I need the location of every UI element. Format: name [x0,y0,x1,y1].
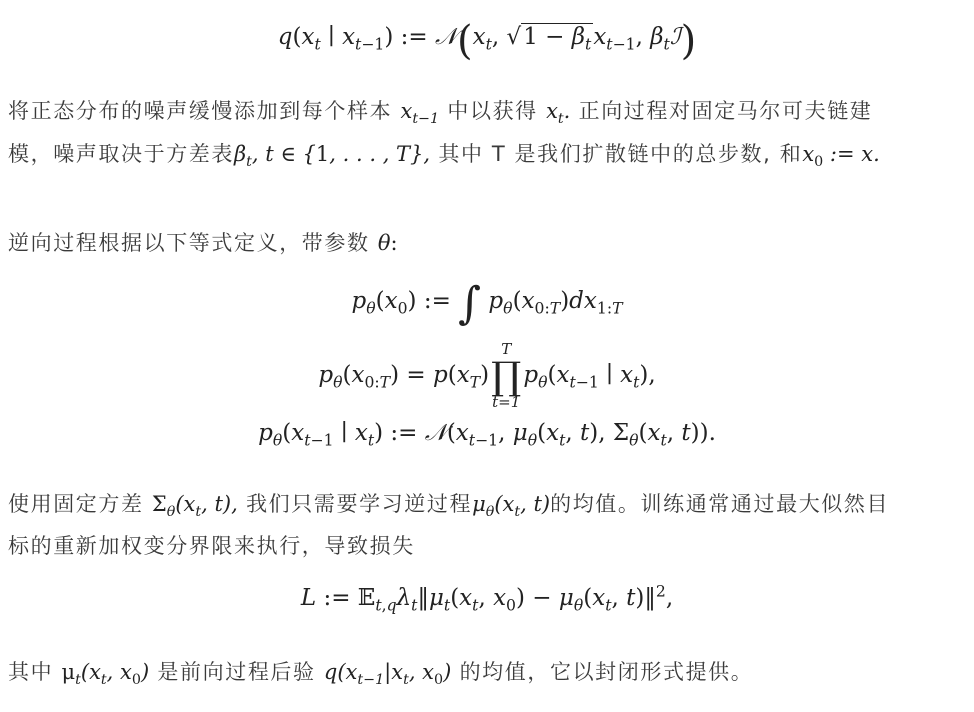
text: 模，噪声取决于方差表 [8,142,234,166]
text: 的均值，它以封闭形式提供。 [460,660,754,684]
math-inline: x0 := x. [802,142,879,166]
paragraph-1-line-1: 将正态分布的噪声缓慢添加到每个样本 xt−1 中以获得 xt. 正向过程对固定马… [8,96,872,126]
text: 标的重新加权变分界限来执行，导致损失 [8,534,415,558]
equation-marginal: pθ(x0) := ∫ pθ(x0:T)dx1:T [0,278,974,329]
paragraph-3-line-2: 标的重新加权变分界限来执行，导致损失 [8,531,415,561]
text: 中以获得 [447,99,537,123]
equation-forward-process: q(xt ∣ xt−1) := 𝒩(xt, √1 − βtxt−1, βtℐ) [0,18,974,64]
math-inline: μt(xt, x0) [61,660,149,684]
equation-joint: pθ(x0:T) = p(xT)T∏t=1pθ(xt−1 ∣ xt), [0,342,974,410]
equation-transition: pθ(xt−1 ∣ xt) := 𝒩(xt−1, μθ(xt, t), Σθ(x… [0,420,974,446]
math-inline: βt, t ∈ {1, . . . , T}, [234,142,430,166]
text: 使用固定方差 [8,492,144,516]
text: 其中 T 是我们扩散链中的总步数, 和 [438,142,802,166]
text: 逆向过程根据以下等式定义，带参数 [8,231,370,255]
text: 是前向过程后验 [157,660,315,684]
equation-loss: L := 𝔼t,qλt‖μt(xt, x0) − μθ(xt, t)‖2, [0,585,974,611]
math-inline: μθ(xt, t) [472,492,550,516]
paragraph-4-line-1: 其中 μt(xt, x0) 是前向过程后验 q(xt−1|xt, x0) 的均值… [8,657,753,687]
text: 其中 [8,660,53,684]
paragraph-1-line-2: 模，噪声取决于方差表βt, t ∈ {1, . . . , T}, 其中 T 是… [8,139,880,169]
paragraph-2-line-1: 逆向过程根据以下等式定义，带参数 θ: [8,228,398,258]
text: 我们只需要学习逆过程 [246,492,472,516]
math-inline: q(xt−1|xt, x0) [324,660,451,684]
text: 将正态分布的噪声缓慢添加到每个样本 [8,99,392,123]
paragraph-3-line-1: 使用固定方差 Σθ(xt, t), 我们只需要学习逆过程μθ(xt, t)的均值… [8,489,889,519]
math-inline: Σθ(xt, t), [152,492,238,516]
text: 正向过程对固定马尔可夫链建 [579,99,873,123]
math-inline: xt−1 [400,99,439,123]
text: 的均值。训练通常通过最大似然目 [550,492,889,516]
math-inline: xt. [546,99,570,123]
math-inline: θ: [378,231,398,255]
